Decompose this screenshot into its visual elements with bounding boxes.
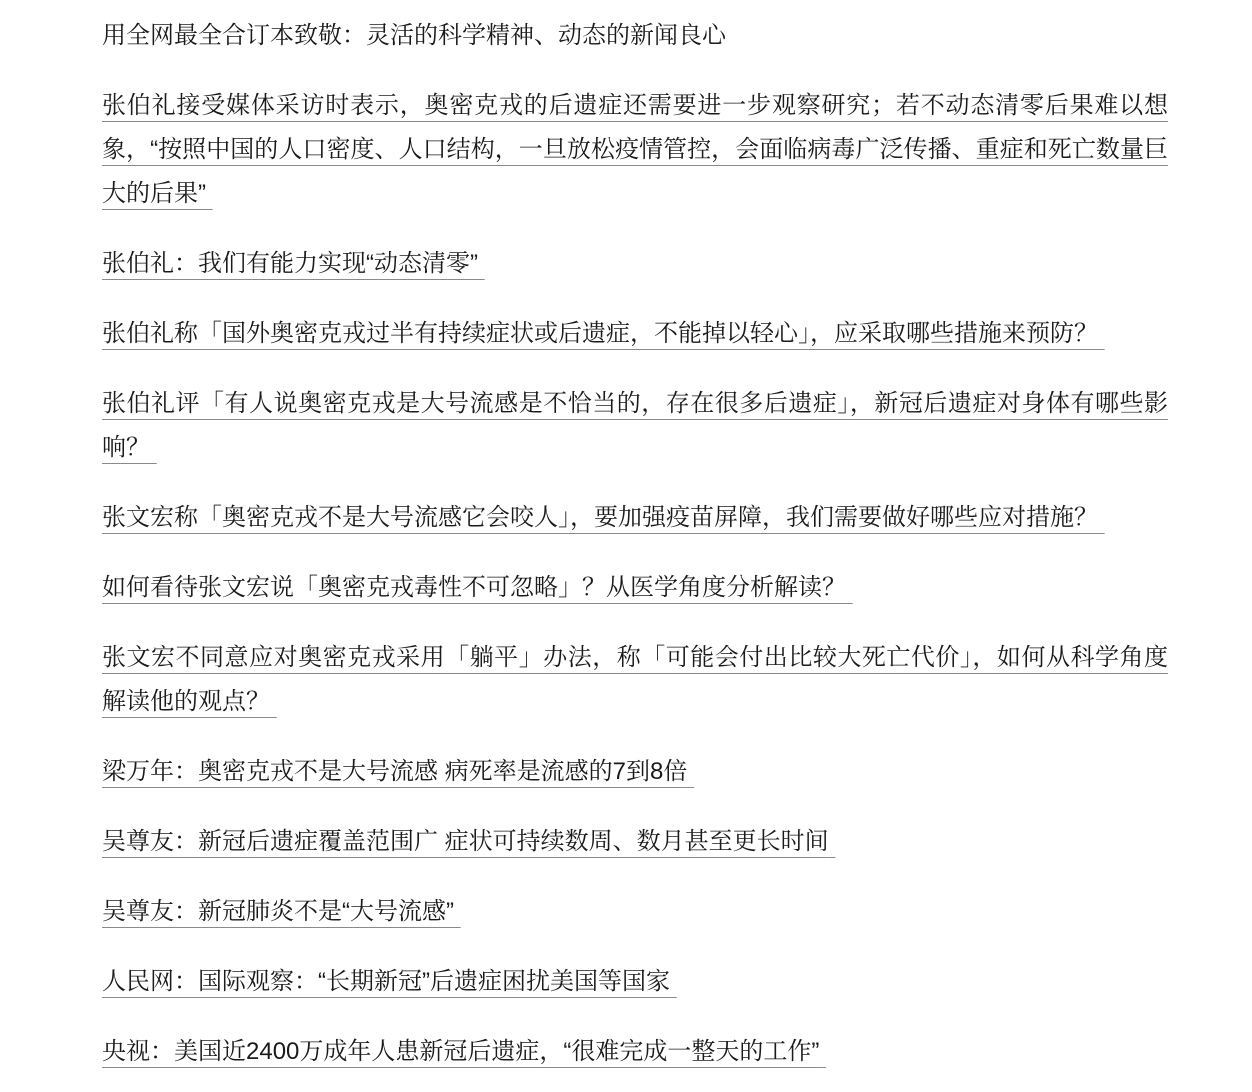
link-paragraph: 央视：美国近2400万成年人患新冠后遗症，“很难完成一整天的工作” [102, 1030, 1168, 1074]
link-paragraph: 张文宏不同意应对奥密克戎采用「躺平」办法，称「可能会付出比较大死亡代价」，如何从… [102, 636, 1168, 724]
link-paragraph: 张伯礼接受媒体采访时表示，奥密克戎的后遗症还需要进一步观察研究；若不动态清零后果… [102, 84, 1168, 216]
article-link[interactable]: 吴尊友：新冠后遗症覆盖范围广 症状可持续数周、数月甚至更长时间 [102, 828, 835, 855]
article-link[interactable]: 如何看待张文宏说「奥密克戎毒性不可忽略」？从医学角度分析解读？ [102, 574, 853, 601]
link-paragraph: 张伯礼：我们有能力实现“动态清零” [102, 242, 1168, 286]
link-paragraph: 张文宏称「奥密克戎不是大号流感它会咬人」，要加强疫苗屏障，我们需要做好哪些应对措… [102, 496, 1168, 540]
link-paragraph: 人民网：国际观察：“长期新冠”后遗症困扰美国等国家 [102, 960, 1168, 1004]
link-paragraph: 张伯礼称「国外奥密克戎过半有持续症状或后遗症，不能掉以轻心」，应采取哪些措施来预… [102, 312, 1168, 356]
article-link[interactable]: 张伯礼称「国外奥密克戎过半有持续症状或后遗症，不能掉以轻心」，应采取哪些措施来预… [102, 320, 1105, 347]
article-link[interactable]: 吴尊友：新冠肺炎不是“大号流感” [102, 898, 461, 925]
link-paragraph: 张伯礼评「有人说奥密克戎是大号流感是不恰当的，存在很多后遗症」，新冠后遗症对身体… [102, 382, 1168, 470]
article-link[interactable]: 人民网：国际观察：“长期新冠”后遗症困扰美国等国家 [102, 968, 677, 995]
link-paragraph: 如何看待张文宏说「奥密克戎毒性不可忽略」？从医学角度分析解读？ [102, 566, 1168, 610]
intro-text: 用全网最全合订本致敬：灵活的科学精神、动态的新闻良心 [102, 14, 1168, 58]
link-paragraph: 吴尊友：新冠肺炎不是“大号流感” [102, 890, 1168, 934]
article-link[interactable]: 张文宏不同意应对奥密克戎采用「躺平」办法，称「可能会付出比较大死亡代价」，如何从… [102, 644, 1168, 715]
article-link[interactable]: 梁万年：奥密克戎不是大号流感 病死率是流感的7到8倍 [102, 758, 694, 785]
link-paragraph: 梁万年：奥密克戎不是大号流感 病死率是流感的7到8倍 [102, 750, 1168, 794]
article-link[interactable]: 张伯礼接受媒体采访时表示，奥密克戎的后遗症还需要进一步观察研究；若不动态清零后果… [102, 92, 1168, 207]
article-link[interactable]: 张伯礼：我们有能力实现“动态清零” [102, 250, 485, 277]
article-link[interactable]: 张伯礼评「有人说奥密克戎是大号流感是不恰当的，存在很多后遗症」，新冠后遗症对身体… [102, 390, 1168, 461]
article-link[interactable]: 张文宏称「奥密克戎不是大号流感它会咬人」，要加强疫苗屏障，我们需要做好哪些应对措… [102, 504, 1105, 531]
article-link[interactable]: 央视：美国近2400万成年人患新冠后遗症，“很难完成一整天的工作” [102, 1038, 826, 1065]
link-paragraph: 吴尊友：新冠后遗症覆盖范围广 症状可持续数周、数月甚至更长时间 [102, 820, 1168, 864]
article-body: 用全网最全合订本致敬：灵活的科学精神、动态的新闻良心 张伯礼接受媒体采访时表示，… [0, 0, 1252, 1074]
